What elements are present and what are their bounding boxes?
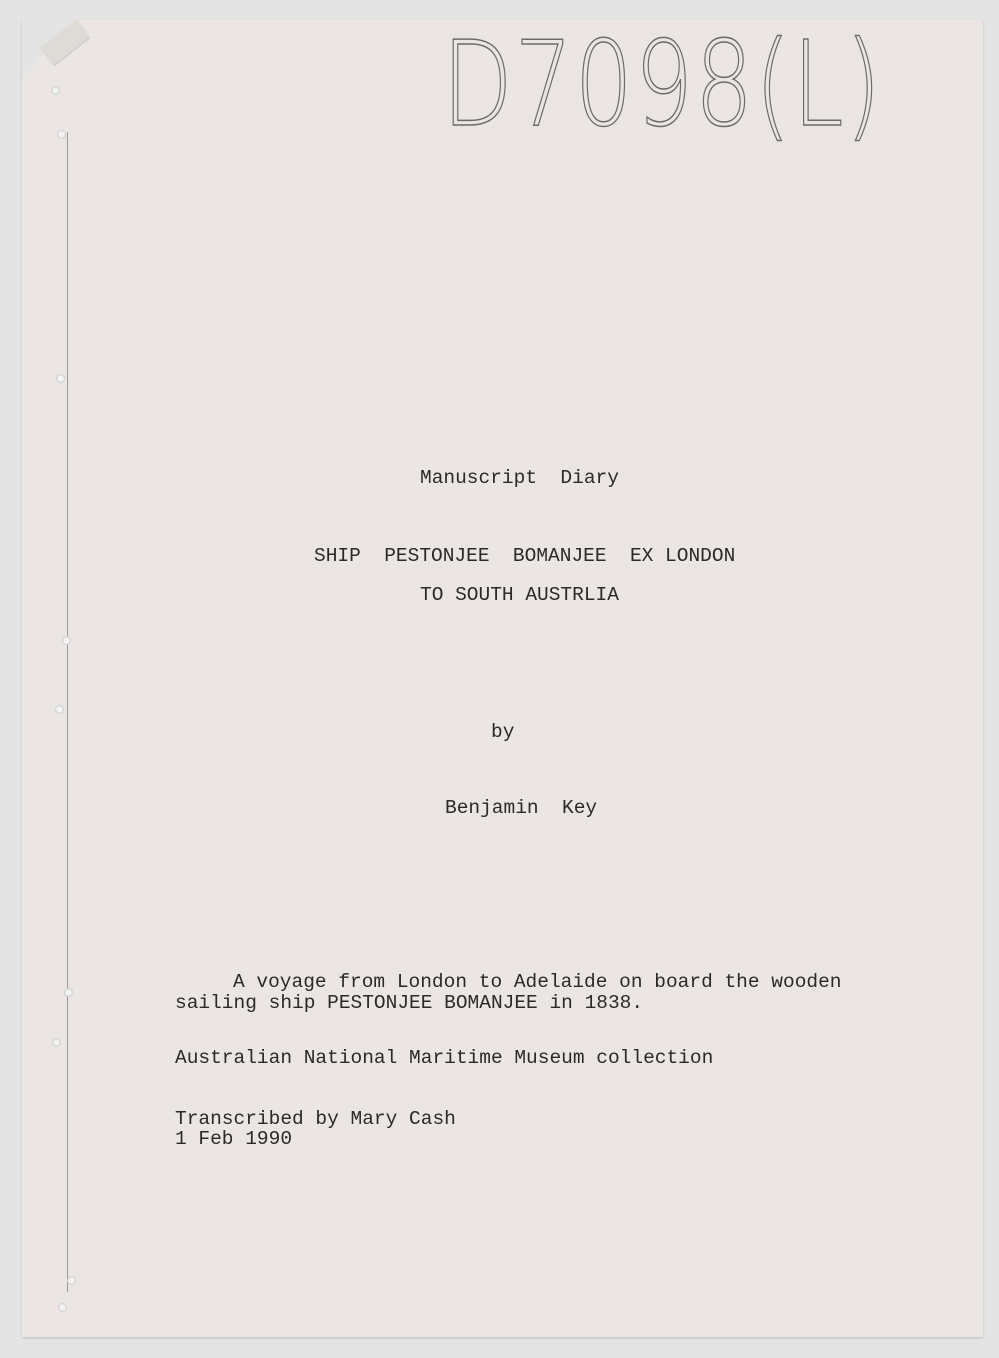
- document-page: D7098(L) Manuscript Diary SHIP PESTONJEE…: [22, 20, 983, 1337]
- transcriber-note: Transcribed by Mary Cash: [175, 1108, 456, 1130]
- document-title: Manuscript Diary: [420, 467, 619, 489]
- punch-hole-icon: [62, 636, 71, 645]
- author-name: Benjamin Key: [445, 797, 597, 819]
- archive-number-handwritten: D7098(L): [442, 22, 879, 147]
- description-line-1: A voyage from London to Adelaide on boar…: [233, 971, 842, 993]
- punch-hole-icon: [67, 1276, 76, 1285]
- collection-note: Australian National Maritime Museum coll…: [175, 1047, 713, 1069]
- punch-hole-icon: [57, 130, 66, 139]
- punch-hole-icon: [56, 374, 65, 383]
- punch-hole-icon: [64, 988, 73, 997]
- by-label: by: [491, 721, 514, 743]
- punch-hole-icon: [58, 1303, 67, 1312]
- ship-heading: SHIP PESTONJEE BOMANJEE EX LONDON: [314, 545, 735, 567]
- transcription-date: 1 Feb 1990: [175, 1128, 292, 1150]
- margin-line: [67, 132, 68, 1292]
- punch-hole-icon: [51, 86, 60, 95]
- punch-hole-icon: [55, 705, 64, 714]
- punch-hole-icon: [52, 1038, 61, 1047]
- destination-heading: TO SOUTH AUSTRLIA: [420, 584, 619, 606]
- description-line-2: sailing ship PESTONJEE BOMANJEE in 1838.: [175, 992, 643, 1014]
